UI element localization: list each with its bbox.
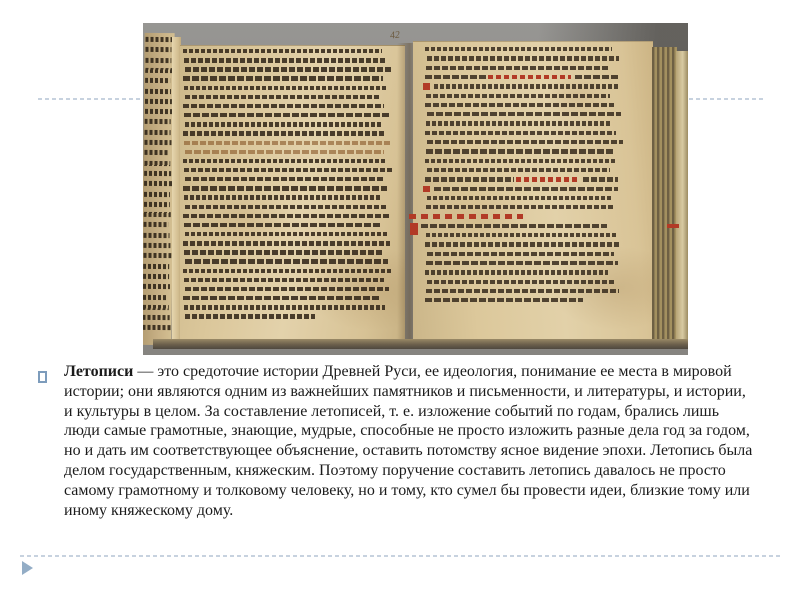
manuscript-text-line bbox=[184, 250, 383, 254]
manuscript-text-line bbox=[185, 177, 385, 181]
manuscript-text-line bbox=[185, 205, 386, 209]
manuscript-text-line bbox=[575, 75, 618, 79]
manuscript-text-line bbox=[183, 241, 390, 245]
manuscript-photo: 42 bbox=[143, 23, 688, 355]
manuscript-text-line bbox=[425, 103, 614, 107]
manuscript-text-line bbox=[184, 305, 385, 309]
manuscript-text-line bbox=[183, 76, 383, 80]
footer-triangle-icon bbox=[22, 561, 33, 575]
manuscript-text-line bbox=[185, 287, 389, 291]
manuscript-text-line bbox=[427, 140, 623, 144]
manuscript-text-line bbox=[184, 168, 392, 172]
manuscript-text-line bbox=[409, 214, 523, 219]
manuscript-text-line bbox=[488, 75, 571, 80]
manuscript-text-line bbox=[426, 66, 609, 70]
manuscript-text-line bbox=[426, 261, 618, 265]
bottom-dotted-divider bbox=[20, 555, 782, 557]
manuscript-text-line bbox=[185, 150, 384, 154]
manuscript-text-line bbox=[184, 86, 388, 90]
manuscript-text-line bbox=[185, 67, 393, 71]
manuscript-text-line bbox=[423, 186, 430, 193]
manuscript-text-line bbox=[185, 259, 388, 263]
manuscript-text-line bbox=[183, 104, 384, 108]
manuscript-text-line bbox=[427, 280, 615, 284]
manuscript-text-line bbox=[185, 232, 387, 236]
manuscript-text-line bbox=[184, 195, 380, 199]
manuscript-text-line bbox=[184, 223, 382, 227]
manuscript-text-overlay bbox=[143, 23, 688, 355]
manuscript-text-line bbox=[427, 196, 611, 200]
manuscript-text-line bbox=[183, 269, 391, 273]
manuscript-text-line bbox=[183, 49, 382, 53]
manuscript-text-line bbox=[425, 270, 608, 274]
manuscript-text-line bbox=[425, 177, 514, 181]
manuscript-text-line bbox=[427, 168, 610, 172]
manuscript-text-line bbox=[184, 141, 391, 145]
manuscript-text-line bbox=[583, 177, 618, 181]
slide-paragraph: Летописи — это средоточие истории Древне… bbox=[64, 362, 757, 520]
paragraph-body: — это средоточие истории Древней Руси, е… bbox=[64, 363, 752, 519]
manuscript-text-line bbox=[425, 298, 583, 302]
manuscript-text-line bbox=[434, 84, 618, 88]
manuscript-text-line bbox=[426, 94, 610, 98]
bullet-square-icon bbox=[38, 371, 47, 383]
manuscript-text-line bbox=[426, 205, 615, 209]
manuscript-text-line bbox=[185, 122, 383, 126]
manuscript-text-line bbox=[667, 224, 679, 228]
manuscript-text-line bbox=[184, 113, 390, 117]
manuscript-text-line bbox=[184, 58, 387, 62]
manuscript-text-line bbox=[183, 214, 389, 218]
manuscript-text-line bbox=[434, 187, 618, 191]
manuscript-text-line bbox=[410, 223, 418, 235]
manuscript-text-line bbox=[516, 177, 579, 182]
manuscript-text-line bbox=[426, 121, 612, 125]
manuscript-text-line bbox=[421, 224, 607, 228]
manuscript-text-line bbox=[426, 233, 617, 237]
manuscript-text-line bbox=[423, 83, 430, 90]
manuscript-text-line bbox=[183, 186, 387, 190]
manuscript-text-line bbox=[427, 112, 621, 116]
manuscript-text-line bbox=[183, 131, 385, 135]
manuscript-text-line bbox=[185, 314, 315, 318]
manuscript-text-line bbox=[425, 242, 621, 246]
manuscript-text-line bbox=[185, 95, 381, 99]
manuscript-text-line bbox=[426, 289, 619, 293]
manuscript-text-line bbox=[183, 296, 379, 300]
manuscript-text-line bbox=[425, 159, 617, 163]
manuscript-text-line bbox=[183, 159, 386, 163]
manuscript-text-line bbox=[425, 131, 616, 135]
manuscript-text-line bbox=[425, 75, 488, 79]
manuscript-text-line bbox=[427, 56, 619, 60]
slide-canvas: 42 Летописи — это средоточие истории Дре… bbox=[0, 0, 800, 600]
manuscript-text-line bbox=[427, 252, 614, 256]
manuscript-text-line bbox=[425, 47, 612, 51]
manuscript-text-line bbox=[184, 278, 384, 282]
manuscript-text-line bbox=[426, 149, 613, 153]
paragraph-lead: Летописи bbox=[64, 363, 133, 380]
